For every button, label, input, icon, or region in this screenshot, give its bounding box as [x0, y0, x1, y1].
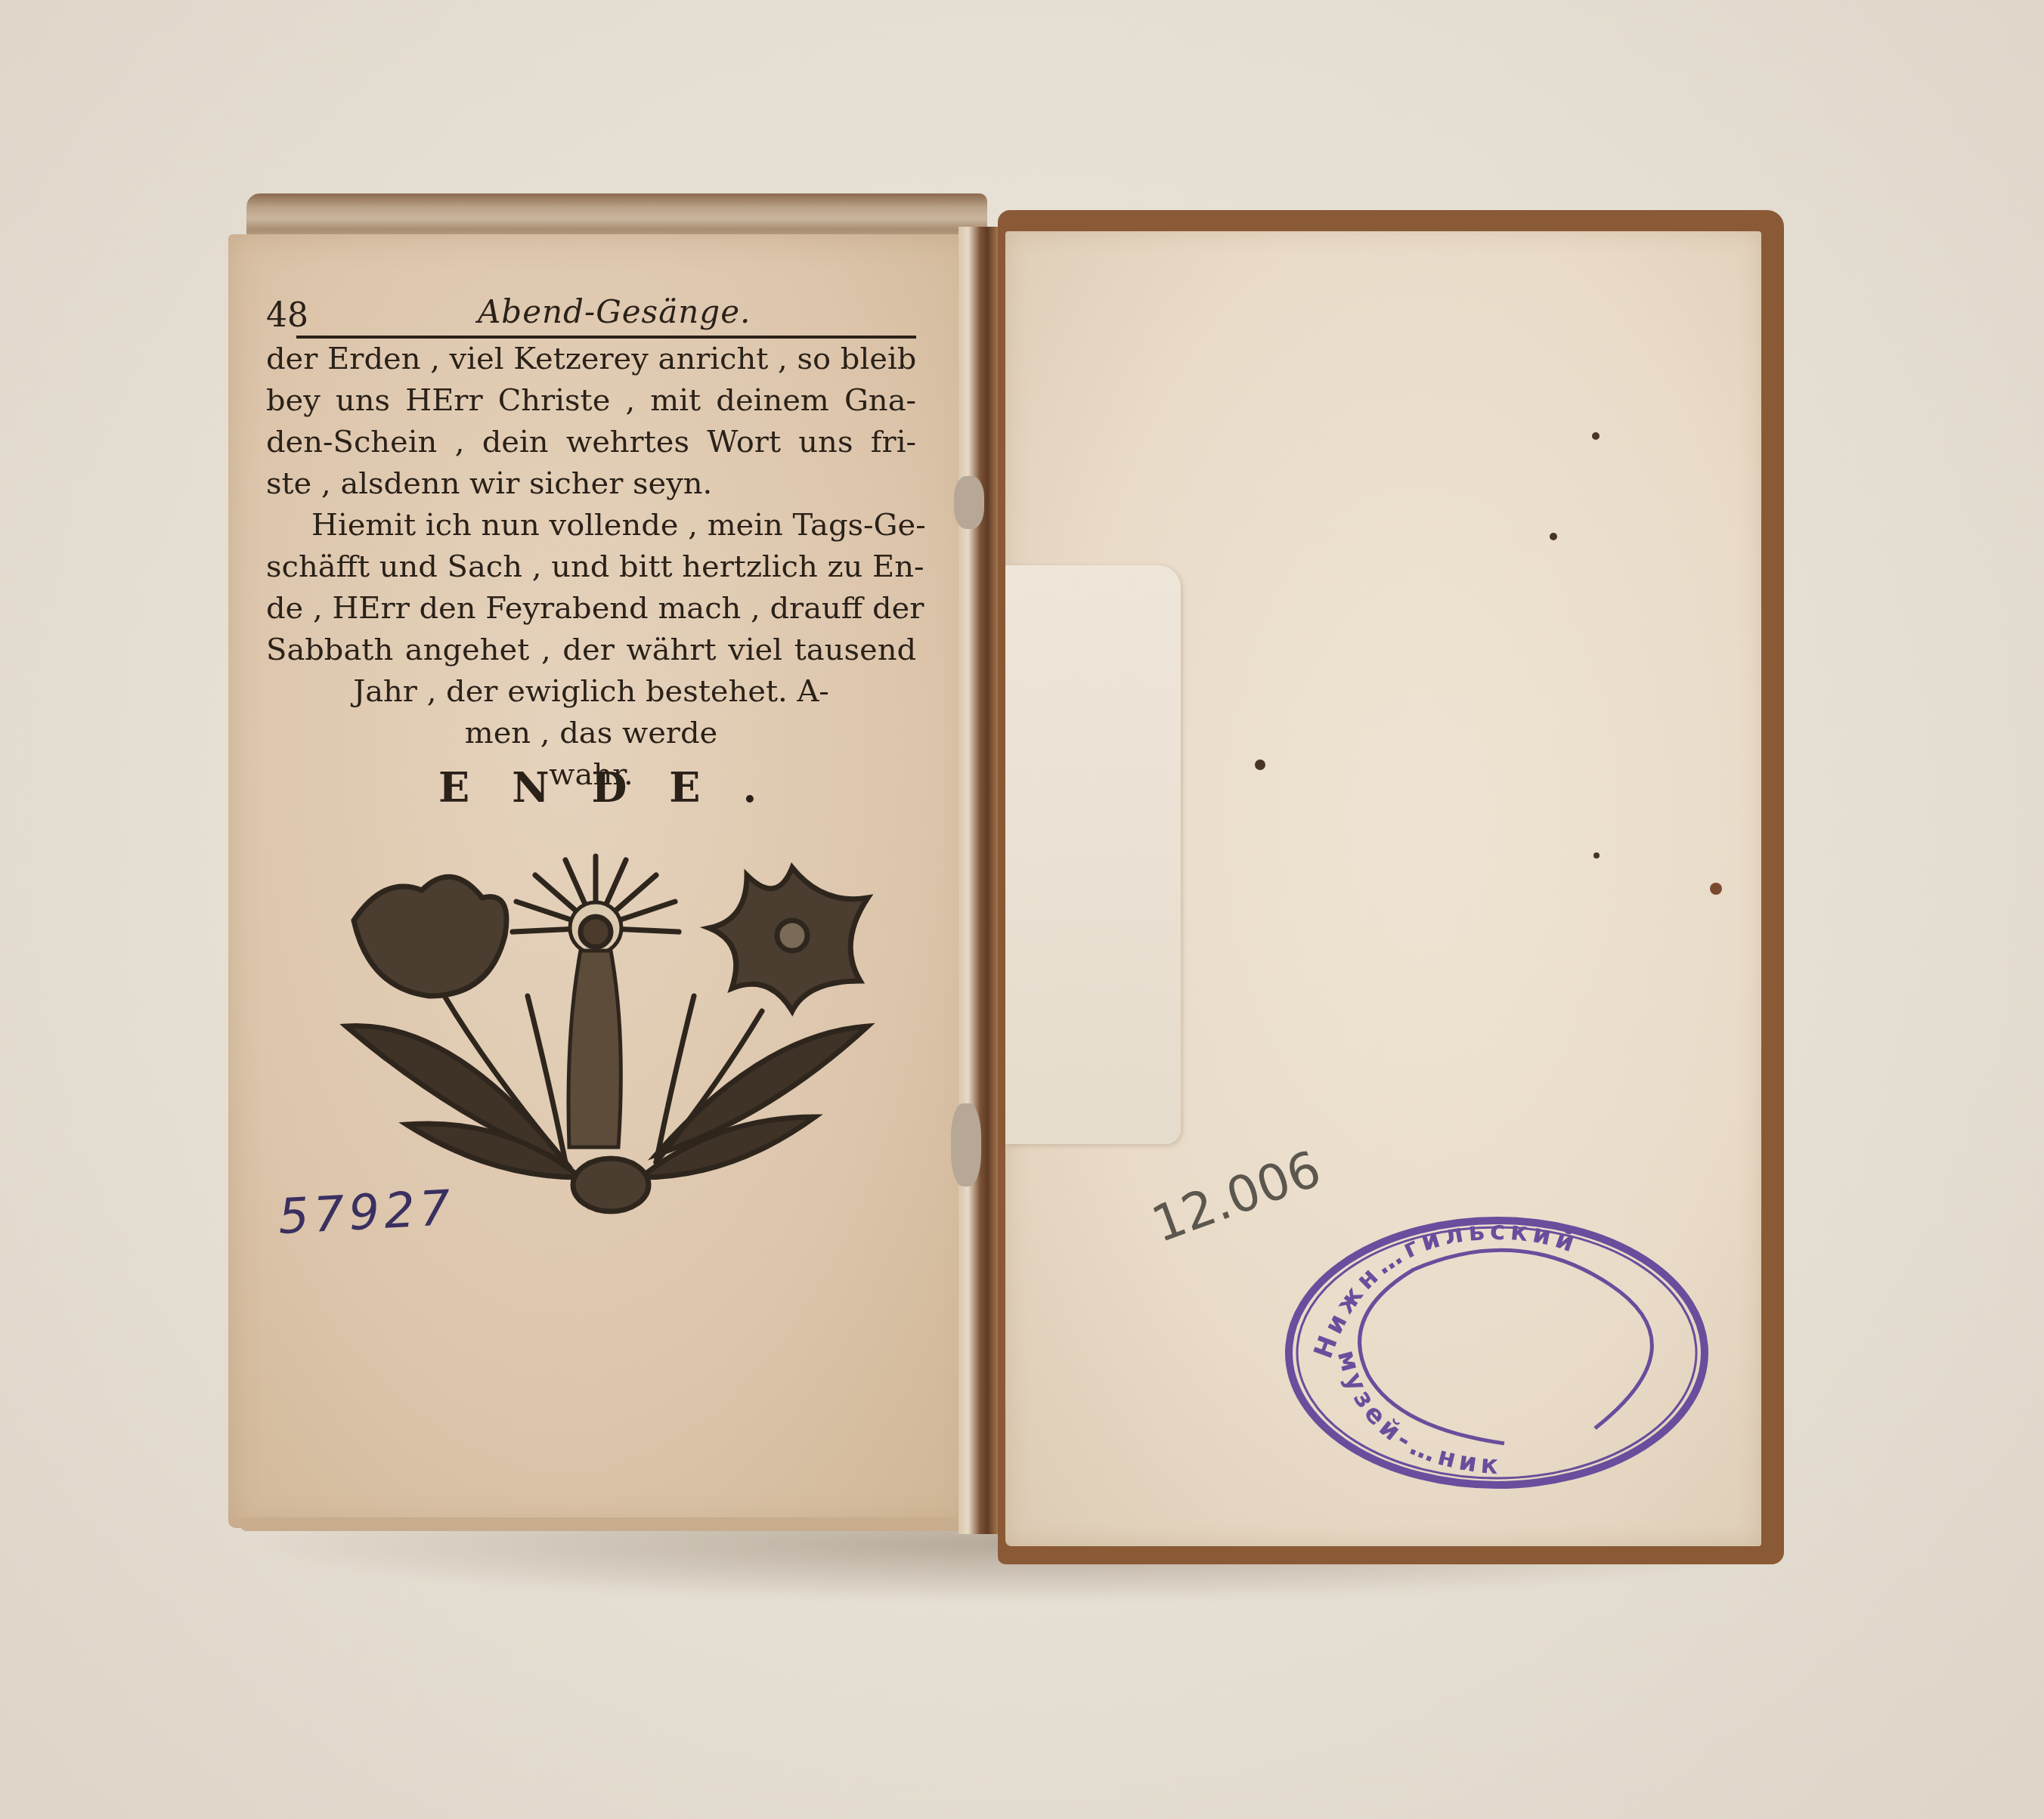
- text-line: bey uns HErr Christe , mit deinem Gna-: [266, 380, 916, 422]
- foxing-spot: [1255, 759, 1265, 770]
- text-line: Sabbath angehet , der währt viel tausend: [266, 630, 916, 671]
- running-title: Abend-Gesänge.: [478, 293, 751, 330]
- foxing-spot: [1710, 883, 1722, 895]
- stamp-text-top: Нижн…гильский: [1308, 1216, 1583, 1363]
- text-line: men , das werde: [266, 713, 916, 754]
- stamp-text-bottom: музей-…ник: [1331, 1347, 1504, 1480]
- foxing-spot: [1550, 533, 1557, 540]
- printed-text-block: 48 Abend-Gesänge. der Erden , viel Ketze…: [266, 293, 916, 796]
- foxing-spot: [1592, 432, 1600, 440]
- foxing-spot: [1593, 852, 1600, 858]
- page-number: 48: [266, 296, 308, 335]
- binding-thread: [951, 1103, 981, 1186]
- text-line: der Erden , viel Ketzerey anricht , so b…: [266, 339, 916, 380]
- text-line: Jahr , der ewiglich bestehet. A-: [266, 671, 916, 713]
- woodcut-illustration: [339, 845, 883, 1215]
- text-line: schäfft und Sach , und bitt hertzlich zu…: [266, 546, 916, 588]
- binding-thread: [954, 476, 984, 529]
- text-line: ste , alsdenn wir sicher seyn.: [266, 463, 916, 505]
- text-line: de , HErr den Feyrabend mach , drauff de…: [266, 588, 916, 630]
- running-head: 48 Abend-Gesänge.: [266, 293, 916, 339]
- text-line: den-Schein , dein wehrtes Wort uns fri-: [266, 422, 916, 463]
- museum-stamp: Нижн…гильский музей-…ник: [1277, 1209, 1716, 1496]
- paper-repair-strip: [1005, 565, 1181, 1144]
- svg-text:музей-…ник: музей-…ник: [1331, 1347, 1504, 1480]
- text-line: Hiemit ich nun vollende , mein Tags-Ge-: [266, 505, 916, 546]
- svg-text:Нижн…гильский: Нижн…гильский: [1308, 1216, 1583, 1363]
- accession-number: 57927: [277, 1180, 456, 1245]
- left-page-bottom-edge: [240, 1517, 974, 1531]
- page-edges-top: [246, 193, 987, 239]
- end-mark: ENDE.: [438, 763, 771, 812]
